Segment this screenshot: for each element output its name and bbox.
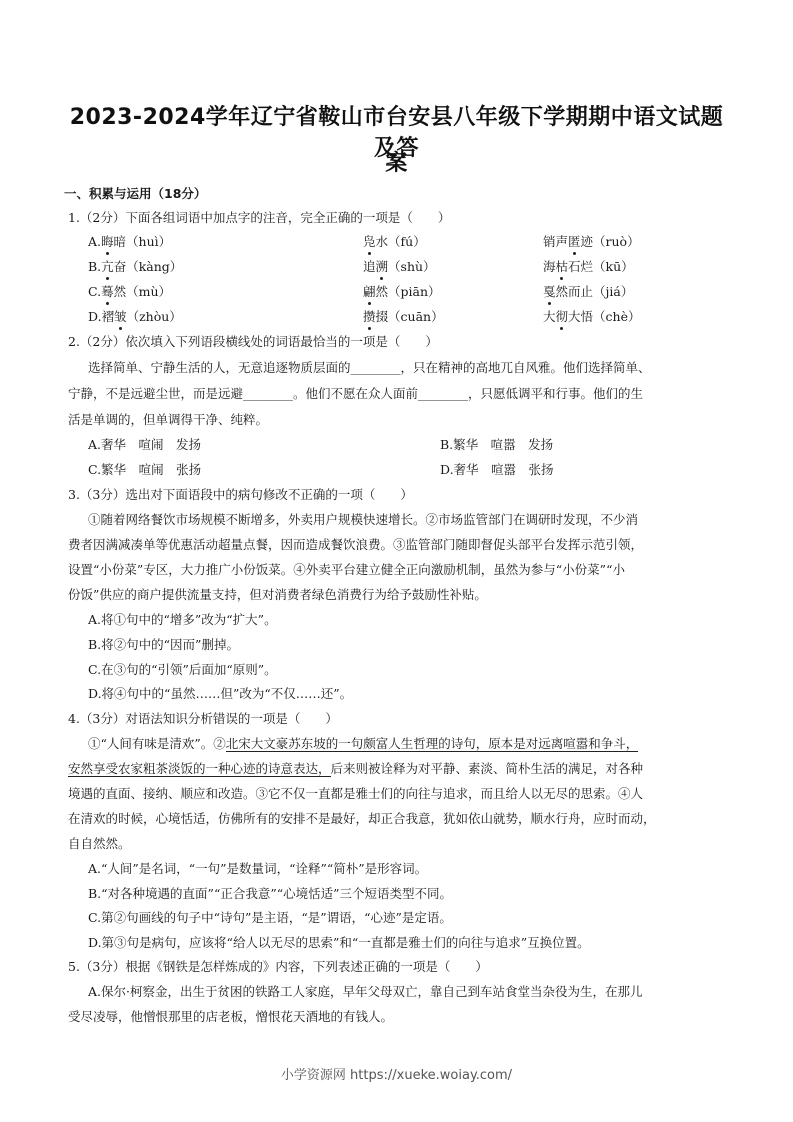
question-2-option-d: D.奢华 喧嚣 张扬 — [440, 462, 554, 478]
question-4-option-d: D.第③句是病句，应该将“给人以无尽的思索”和“一直都是雅士们的向往与追求”互换… — [88, 935, 590, 951]
question-3-passage-line: ①随着网络餐饮市场规模不断增多，外卖用户规模快速增长。②市场监管部门在调研时发现… — [88, 512, 638, 528]
question-2-option-b: B.繁华 喧嚣 发扬 — [440, 437, 553, 453]
dotted-char: 晦 — [101, 234, 114, 250]
question-3-option-c: C.在③句的“引领”后面加“原则”。 — [88, 662, 277, 678]
question-2-options-row1: A.奢华 喧闹 发扬 B.繁华 喧嚣 发扬 — [88, 437, 728, 453]
question-2-options-row2: C.繁华 喧闹 张扬 D.奢华 喧嚣 张扬 — [88, 462, 728, 478]
dotted-char: 溯 — [376, 259, 389, 275]
question-4-passage-line: 自自然然。 — [68, 836, 131, 852]
question-3-passage-line: 设置“小份菜”专区，大力推广小份饭菜。④外卖平台建立健全正向激励机制，虽然为参与… — [68, 562, 625, 578]
dotted-char: 蓦 — [101, 284, 114, 300]
dotted-char: 匿 — [568, 234, 581, 250]
question-5-option-a-cont: 受尽凌辱，他憎恨那里的店老板，憎恨花天酒地的有钱人。 — [68, 1009, 393, 1025]
question-2-passage-line: 活是单调的，但单调得干净、纯粹。 — [68, 412, 268, 428]
dotted-char: 戛 — [543, 284, 556, 300]
question-4-option-b: B.“对各种境遇的直面”“正合我意”“心境恬适”三个短语类型不同。 — [88, 886, 452, 902]
question-4-passage-line: 在清欢的时候，心境恬适，仿佛所有的安排不是最好，却正合我意，犹如依山就势，顺水行… — [68, 811, 656, 827]
question-2-option-a: A.奢华 喧闹 发扬 — [88, 437, 201, 452]
question-1-option-b: B.亢奋（kàng） 追溯（shù） 海枯石烂（kū） — [88, 259, 728, 275]
dotted-char: 凫 — [363, 234, 376, 250]
question-3-option-d: D.将④句中的“虽然……但”改为“不仅……还”。 — [88, 686, 352, 702]
question-2-passage-line: 选择简单、宁静生活的人，无意追逐物质层面的________，只在精神的高地兀自风… — [88, 360, 651, 376]
question-5-option-a: A.保尔·柯察金，出生于贫困的铁路工人家庭，早年父母双亡，靠自己到车站食堂当杂役… — [88, 984, 642, 1000]
question-3-passage-line: 费者因满减凑单等优惠活动超量点餐，因而造成餐饮浪费。③监管部门随即督促头部平台发… — [68, 537, 643, 553]
question-2-stem: 2.（2分）依次填入下列语段横线处的词语最恰当的一项是（ ） — [68, 334, 438, 350]
dotted-char: 皱 — [114, 309, 127, 325]
dotted-char: 枯 — [556, 259, 569, 275]
question-2-passage-line: 宁静，不是远避尘世，而是远避________。他们不愿在众人面前________… — [68, 386, 643, 402]
question-4-passage-line: 境遇的直面、接纳、顺应和改造。③它不仅一直都是雅士们的向往与追求，而且给人以无尽… — [68, 786, 643, 802]
question-4-option-c: C.第②句画线的句子中“诗句”是主语，“是”谓语，“心迹”是定语。 — [88, 910, 452, 926]
question-1-option-c: C.蓦然（mù） 翩然（piān） 戛然而止（jiá） — [88, 284, 728, 300]
question-4-stem: 4.（3分）对语法知识分析错误的一项是（ ） — [68, 711, 338, 727]
question-3-stem: 3.（3分）选出对下面语段中的病句修改不正确的一项（ ） — [68, 487, 413, 503]
section-heading: 一、积累与运用（18分） — [64, 184, 206, 202]
question-4-option-a: A.“人间”是名词，“一句”是数量词，“诠释”“简朴”是形容词。 — [88, 861, 427, 877]
dotted-char: 翩 — [363, 284, 376, 300]
question-3-option-a: A.将①句中的“增多”改为“扩大”。 — [88, 612, 277, 628]
underlined-sentence: 北宋大文豪苏东坡的一句颇富人生哲理的诗句，原本是对远离喧嚣和争斗， — [226, 736, 639, 752]
document-title-line2: 案 — [60, 146, 733, 177]
question-2-option-c: C.繁华 喧闹 张扬 — [88, 462, 201, 477]
dotted-char: 亢 — [101, 259, 114, 275]
underlined-sentence: 安然享受农家粗茶淡饭的一种心迹的诗意表达， — [68, 761, 331, 777]
dotted-char: 攒 — [363, 309, 376, 325]
question-5-stem: 5.（3分）根据《钢铁是怎样炼成的》内容，下列表述正确的一项是（ ） — [68, 959, 488, 975]
dotted-char: 彻 — [556, 309, 569, 325]
question-1-stem: 1.（2分）下面各组词语中加点字的注音，完全正确的一项是（ ） — [68, 210, 450, 226]
question-4-passage-line: ①“人间有味是清欢”。②北宋大文豪苏东坡的一句颇富人生哲理的诗句，原本是对远离喧… — [88, 736, 638, 752]
question-1-option-d: D.褶皱（zhòu） 攒掇（cuān） 大彻大悟（chè） — [88, 309, 728, 325]
question-3-passage-line: 份饭”供应的商户提供流量支持，但对消费者绿色消费行为给予鼓励性补贴。 — [68, 587, 487, 603]
question-3-option-b: B.将②句中的“因而”删掉。 — [88, 637, 239, 653]
question-1-option-a: A.晦暗（huì） 凫水（fú） 销声匿迹（ruò） — [88, 234, 728, 250]
question-4-passage-line: 安然享受农家粗茶淡饭的一种心迹的诗意表达，后来则被诠释为对平静、素淡、简朴生活的… — [68, 761, 643, 777]
exam-page: 2023-2024学年辽宁省鞍山市台安县八年级下学期期中语文试题及答 案 一、积… — [0, 0, 793, 1122]
watermark-footer: 小学资源网 https://xueke.woiay.com/ — [0, 1064, 793, 1083]
